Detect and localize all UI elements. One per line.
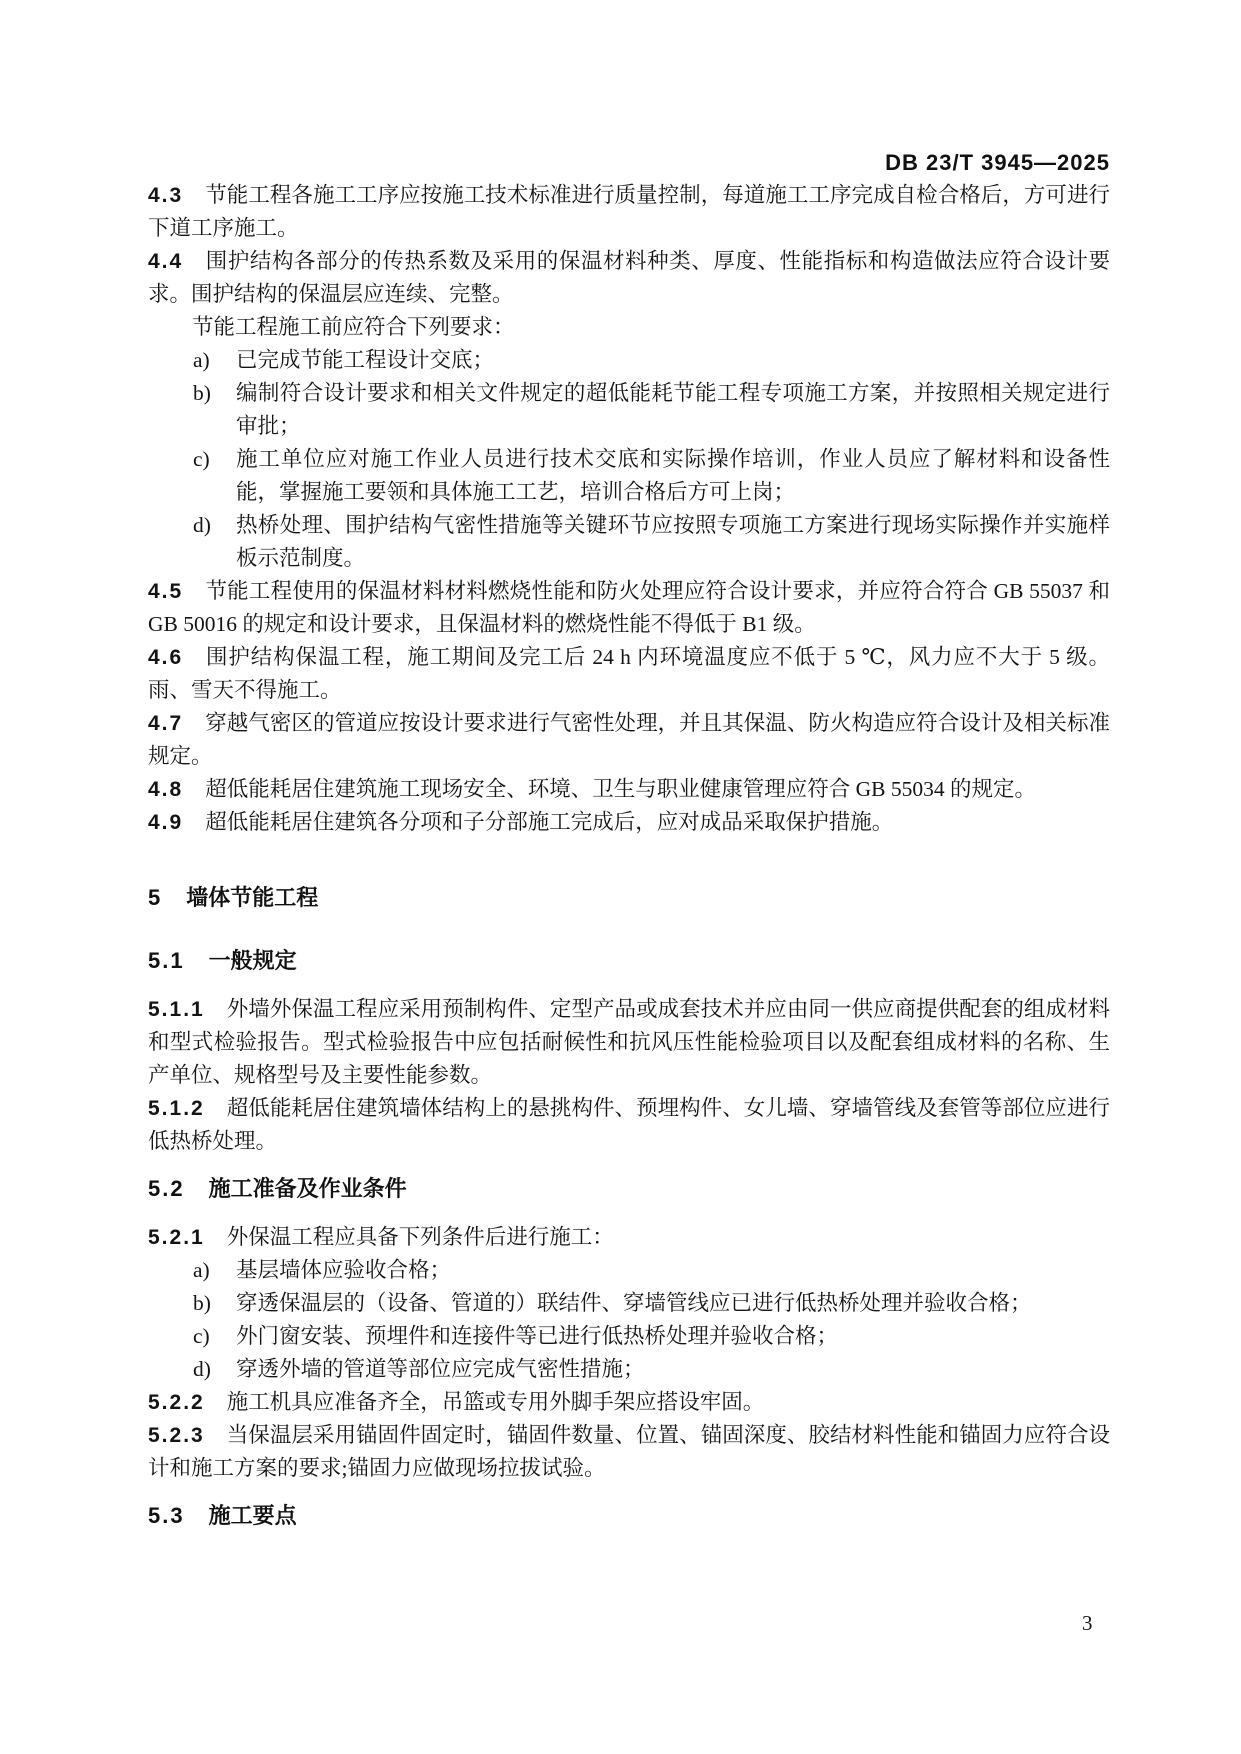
heading-number: 5.3	[148, 1503, 185, 1528]
clause-text: 围护结构保温工程，施工期间及完工后 24 h 内环境温度应不低于 5 ℃，风力应…	[148, 645, 1110, 702]
clause-text: 节能工程使用的保温材料材料燃烧性能和防火处理应符合设计要求，并应符合符合 GB …	[148, 579, 1110, 636]
section-5-3-heading: 5.3施工要点	[148, 1499, 1110, 1532]
list-marker: c)	[193, 443, 236, 509]
clause-5-1-1: 5.1.1外墙外保温工程应采用预制构件、定型产品或成套技术并应由同一供应商提供配…	[148, 993, 1110, 1092]
clause-text: 超低能耗居住建筑墙体结构上的悬挑构件、预埋构件、女儿墙、穿墙管线及套管等部位应进…	[148, 1096, 1110, 1153]
page-number: 3	[1082, 1607, 1093, 1640]
clause-4-6: 4.6围护结构保温工程，施工期间及完工后 24 h 内环境温度应不低于 5 ℃，…	[148, 641, 1110, 707]
clause-number: 5.1.2	[148, 1097, 205, 1120]
clause-number: 4.8	[148, 778, 183, 801]
clause-text: 超低能耗居住建筑各分项和子分部施工完成后，应对成品采取保护措施。	[205, 810, 893, 834]
heading-title: 施工准备及作业条件	[209, 1176, 407, 1201]
list-item-text: 穿透外墙的管道等部位应完成气密性措施；	[236, 1353, 1110, 1386]
insulation-conditions-list: a)基层墙体应验收合格； b)穿透保温层的（设备、管道的）联结件、穿墙管线应已进…	[148, 1254, 1110, 1386]
pre-construction-list: a)已完成节能工程设计交底； b)编制符合设计要求和相关文件规定的超低能耗节能工…	[148, 344, 1110, 575]
clause-text: 当保温层采用锚固件固定时，锚固件数量、位置、锚固深度、胶结材料性能和锚固力应符合…	[148, 1423, 1110, 1480]
clause-5-1-2: 5.1.2超低能耗居住建筑墙体结构上的悬挑构件、预埋构件、女儿墙、穿墙管线及套管…	[148, 1092, 1110, 1158]
clause-4-9: 4.9超低能耗居住建筑各分项和子分部施工完成后，应对成品采取保护措施。	[148, 806, 1110, 839]
list-item-text: 外门窗安装、预埋件和连接件等已进行低热桥处理并验收合格；	[236, 1320, 1110, 1353]
section-5-2-heading: 5.2施工准备及作业条件	[148, 1172, 1110, 1205]
clause-number: 4.5	[148, 580, 183, 603]
list-item-text: 编制符合设计要求和相关文件规定的超低能耗节能工程专项施工方案，并按照相关规定进行…	[236, 377, 1110, 443]
section-5-1-heading: 5.1一般规定	[148, 944, 1110, 977]
list-item-d: d)穿透外墙的管道等部位应完成气密性措施；	[148, 1353, 1110, 1386]
list-item-text: 已完成节能工程设计交底；	[236, 344, 1110, 377]
list-item-a: a)已完成节能工程设计交底；	[148, 344, 1110, 377]
list-item-a: a)基层墙体应验收合格；	[148, 1254, 1110, 1287]
pre-construction-intro: 节能工程施工前应符合下列要求：	[148, 311, 1110, 344]
heading-title: 墙体节能工程	[186, 885, 318, 910]
clause-number: 4.9	[148, 811, 183, 834]
clause-number: 4.6	[148, 646, 183, 669]
clause-number: 5.1.1	[148, 998, 205, 1021]
list-item-b: b)编制符合设计要求和相关文件规定的超低能耗节能工程专项施工方案，并按照相关规定…	[148, 377, 1110, 443]
heading-title: 施工要点	[209, 1503, 297, 1528]
page-content: DB 23/T 3945—2025 4.3节能工程各施工工序应按施工技术标准进行…	[148, 146, 1110, 1548]
clause-text: 外保温工程应具备下列条件后进行施工：	[227, 1225, 614, 1249]
clause-4-7: 4.7穿越气密区的管道应按设计要求进行气密性处理，并且其保温、防火构造应符合设计…	[148, 707, 1110, 773]
list-item-c: c)施工单位应对施工作业人员进行技术交底和实际操作培训，作业人员应了解材料和设备…	[148, 443, 1110, 509]
clause-text: 超低能耗居住建筑施工现场安全、环境、卫生与职业健康管理应符合 GB 55034 …	[205, 777, 1036, 801]
clause-5-2-2: 5.2.2施工机具应准备齐全，吊篮或专用外脚手架应搭设牢固。	[148, 1386, 1110, 1419]
heading-title: 一般规定	[209, 948, 297, 973]
clause-number: 4.7	[148, 712, 183, 735]
list-marker: d)	[193, 509, 236, 575]
list-marker: b)	[193, 377, 236, 443]
heading-number: 5	[148, 885, 162, 910]
clause-number: 5.2.3	[148, 1424, 205, 1447]
list-item-text: 热桥处理、围护结构气密性措施等关键环节应按照专项施工方案进行现场实际操作并实施样…	[236, 509, 1110, 575]
clause-4-5: 4.5节能工程使用的保温材料材料燃烧性能和防火处理应符合设计要求，并应符合符合 …	[148, 575, 1110, 641]
heading-number: 5.1	[148, 948, 185, 973]
list-marker: d)	[193, 1353, 236, 1386]
heading-number: 5.2	[148, 1176, 185, 1201]
clause-number: 4.4	[148, 250, 183, 273]
clause-number: 4.3	[148, 184, 183, 207]
list-item-text: 穿透保温层的（设备、管道的）联结件、穿墙管线应已进行低热桥处理并验收合格；	[236, 1287, 1110, 1320]
clause-text: 节能工程各施工工序应按施工技术标准进行质量控制，每道施工工序完成自检合格后，方可…	[148, 183, 1110, 240]
list-item-text: 施工单位应对施工作业人员进行技术交底和实际操作培训，作业人员应了解材料和设备性能…	[236, 443, 1110, 509]
clause-text: 施工机具应准备齐全，吊篮或专用外脚手架应搭设牢固。	[227, 1390, 765, 1414]
standard-code-header: DB 23/T 3945—2025	[148, 146, 1110, 179]
chapter-5-heading: 5墙体节能工程	[148, 881, 1110, 914]
clause-4-8: 4.8超低能耗居住建筑施工现场安全、环境、卫生与职业健康管理应符合 GB 550…	[148, 773, 1110, 806]
clause-5-2-3: 5.2.3当保温层采用锚固件固定时，锚固件数量、位置、锚固深度、胶结材料性能和锚…	[148, 1419, 1110, 1485]
list-marker: a)	[193, 344, 236, 377]
clause-5-2-1: 5.2.1外保温工程应具备下列条件后进行施工：	[148, 1221, 1110, 1254]
list-item-d: d)热桥处理、围护结构气密性措施等关键环节应按照专项施工方案进行现场实际操作并实…	[148, 509, 1110, 575]
document-page: DB 23/T 3945—2025 4.3节能工程各施工工序应按施工技术标准进行…	[0, 0, 1241, 1754]
list-marker: b)	[193, 1287, 236, 1320]
clause-4-4: 4.4围护结构各部分的传热系数及采用的保温材料种类、厚度、性能指标和构造做法应符…	[148, 245, 1110, 311]
list-item-b: b)穿透保温层的（设备、管道的）联结件、穿墙管线应已进行低热桥处理并验收合格；	[148, 1287, 1110, 1320]
clause-text: 围护结构各部分的传热系数及采用的保温材料种类、厚度、性能指标和构造做法应符合设计…	[148, 249, 1110, 306]
list-item-text: 基层墙体应验收合格；	[236, 1254, 1110, 1287]
clause-number: 5.2.2	[148, 1391, 205, 1414]
clause-4-3: 4.3节能工程各施工工序应按施工技术标准进行质量控制，每道施工工序完成自检合格后…	[148, 179, 1110, 245]
list-marker: a)	[193, 1254, 236, 1287]
clause-text: 穿越气密区的管道应按设计要求进行气密性处理，并且其保温、防火构造应符合设计及相关…	[148, 711, 1110, 768]
clause-number: 5.2.1	[148, 1226, 205, 1249]
list-marker: c)	[193, 1320, 236, 1353]
list-item-c: c)外门窗安装、预埋件和连接件等已进行低热桥处理并验收合格；	[148, 1320, 1110, 1353]
clause-text: 外墙外保温工程应采用预制构件、定型产品或成套技术并应由同一供应商提供配套的组成材…	[148, 997, 1110, 1087]
